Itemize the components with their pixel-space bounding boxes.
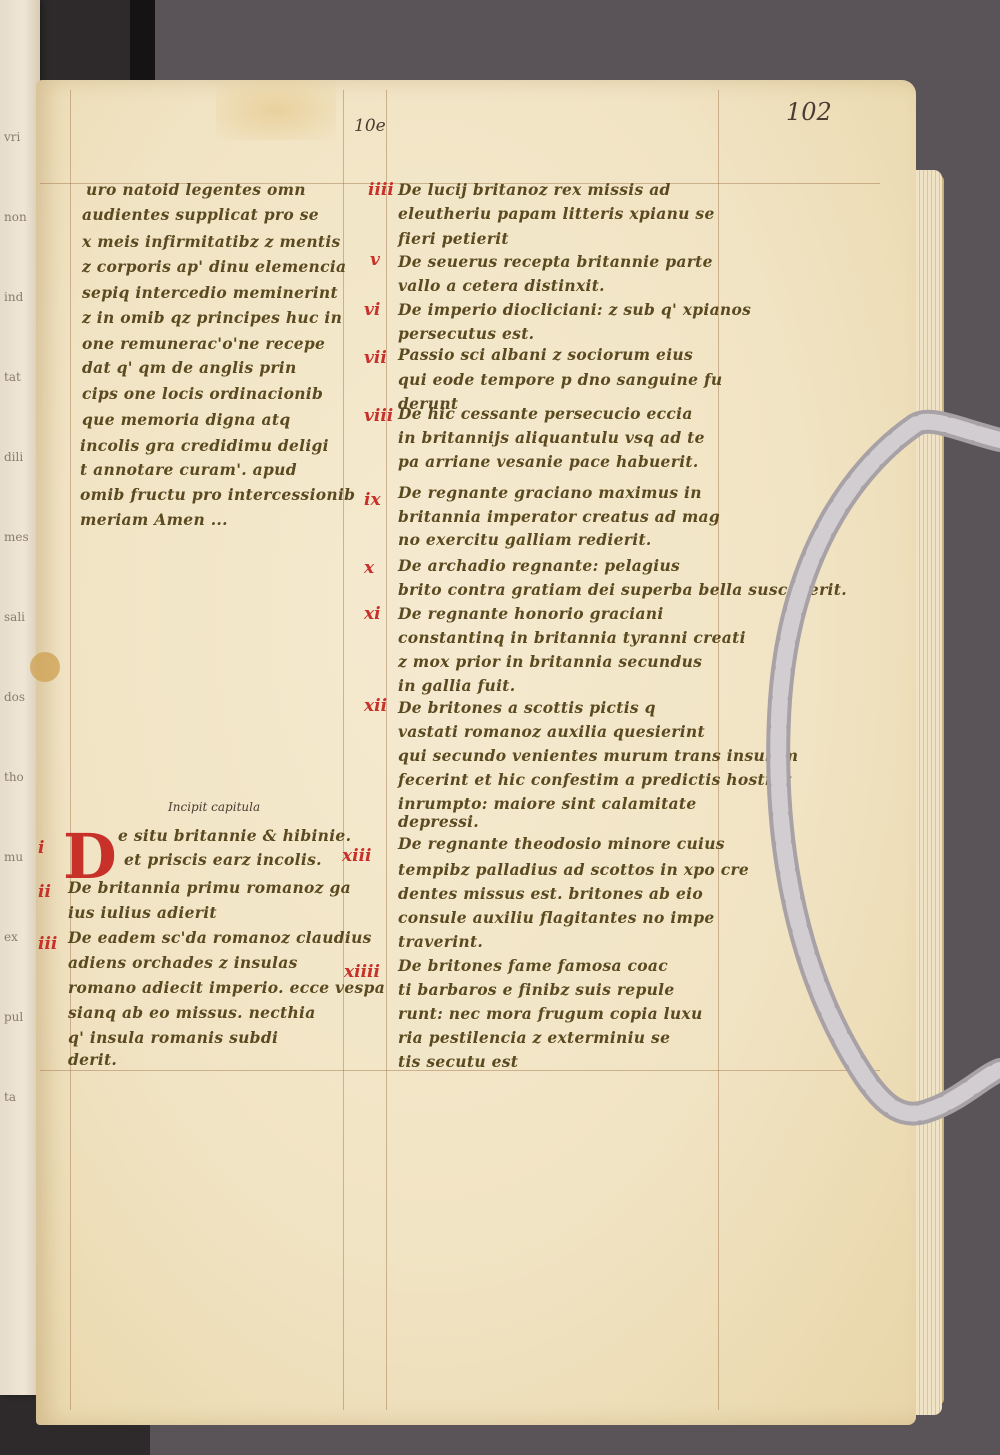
facing-page-fragment: vri — [4, 130, 20, 144]
text-line: depressi. — [398, 812, 479, 831]
text-line: fecerint et hic confestim a predictis ho… — [398, 770, 791, 789]
text-line: Passio sci albani z sociorum eius — [398, 345, 693, 364]
text-line: qui secundo venientes murum trans insula… — [398, 746, 798, 765]
text-line: meriam Amen ... — [80, 510, 228, 529]
old-folio-number: 10e — [354, 116, 386, 136]
text-line: uro natoid legentes omn — [86, 180, 306, 199]
text-line: pa arriane vesanie pace habuerit. — [398, 452, 699, 471]
chapter-number: xiii — [342, 846, 372, 866]
chapter-number: v — [370, 250, 380, 270]
text-line: derit. — [68, 1050, 117, 1069]
text-line: sepiq intercedio meminerint — [82, 283, 338, 302]
text-line: fieri petierit — [398, 229, 509, 248]
text-line: De imperio diocliciani: z sub q' xpianos — [398, 300, 751, 319]
text-line: eleutheriu papam litteris xpianu se — [398, 204, 715, 223]
background-strip — [130, 0, 155, 90]
text-line: z mox prior in britannia secundus — [398, 652, 702, 671]
chapter-number: ii — [38, 882, 51, 902]
text-line: De britones fame famosa coac — [398, 956, 668, 975]
facing-page-fragment: tat — [4, 370, 21, 384]
text-line: qui eode tempore p dno sanguine fu — [398, 370, 722, 389]
text-line: t annotare curam'. apud — [80, 460, 297, 479]
text-line: De eadem sc'da romanoz claudius — [68, 928, 372, 947]
chapter-number: viii — [364, 406, 393, 426]
text-line: romano adiecit imperio. ecce vespa — [68, 978, 385, 997]
text-line: et priscis earz incolis. — [124, 850, 322, 869]
text-line: De britannia primu romanoz ga — [68, 878, 351, 897]
text-line: runt: nec mora frugum copia luxu — [398, 1004, 703, 1023]
facing-page-edge: vri non ind tat dili mes sali dos tho mu… — [0, 0, 40, 1395]
text-line: constantinq in britannia tyranni creati — [398, 628, 746, 647]
facing-page-fragment: dili — [4, 450, 23, 464]
text-line: one remunerac'o'ne recepe — [82, 334, 325, 353]
text-line: incolis gra credidimu deligi — [80, 436, 329, 455]
text-line: dat q' qm de anglis prin — [82, 358, 297, 377]
text-line: tis secutu est — [398, 1052, 518, 1071]
facing-page-fragment: ex — [4, 930, 18, 944]
text-line: in britannijs aliquantulu vsq ad te — [398, 428, 705, 447]
text-line: vallo a cetera distinxit. — [398, 276, 605, 295]
text-line: no exercitu galliam redierit. — [398, 530, 652, 549]
text-line: De lucij britanoz rex missis ad — [398, 180, 671, 199]
text-line: De regnante graciano maximus in — [398, 483, 702, 502]
chapter-number: xiiii — [344, 962, 380, 982]
text-line: e situ britannie & hibinie. — [118, 826, 351, 845]
facing-page-fragment: mes — [4, 530, 29, 544]
text-line: omib fructu pro intercessionib — [80, 485, 355, 504]
text-line: ti barbaros e finibz suis repule — [398, 980, 675, 999]
text-line: z corporis ap' dinu elemencia — [82, 257, 346, 276]
text-line: britannia imperator creatus ad mag — [398, 507, 720, 526]
text-line: vastati romanoz auxilia quesierint — [398, 722, 705, 741]
chapter-number: iiii — [368, 180, 394, 200]
text-line: De archadio regnante: pelagius — [398, 556, 680, 575]
text-line: tempibz palladius ad scottos in xpo cre — [398, 860, 749, 879]
chapter-number: ix — [364, 490, 381, 510]
facing-page-fragment: pul — [4, 1010, 23, 1024]
text-line: ria pestilencia z exterminiu se — [398, 1028, 670, 1047]
facing-page-fragment: ta — [4, 1090, 16, 1104]
water-stain — [216, 80, 336, 140]
chapter-number: xi — [364, 604, 381, 624]
text-line: x meis infirmitatibz z mentis — [82, 232, 341, 251]
ruling-line — [343, 90, 344, 1410]
chapter-number: iii — [38, 934, 57, 954]
facing-page-fragment: tho — [4, 770, 24, 784]
chapter-number: x — [364, 558, 374, 578]
text-line: ius iulius adierit — [68, 903, 217, 922]
chapter-number: i — [38, 838, 44, 858]
text-line: consule auxiliu flagitantes no impe — [398, 908, 715, 927]
wax-stain — [30, 652, 60, 682]
facing-page-fragment: dos — [4, 690, 25, 704]
text-line: De seuerus recepta britannie parte — [398, 252, 713, 271]
text-line: brito contra gratiam dei superba bella s… — [398, 580, 847, 599]
text-line: sianq ab eo missus. necthia — [68, 1003, 316, 1022]
chapter-number: xii — [364, 696, 387, 716]
text-line: adiens orchades z insulas — [68, 953, 298, 972]
text-line: in gallia fuit. — [398, 676, 515, 695]
text-line: De regnante theodosio minore cuius — [398, 834, 725, 853]
text-line: inrumpto: maiore sint calamitate — [398, 794, 697, 813]
text-line: De hic cessante persecucio eccia — [398, 404, 693, 423]
text-line: persecutus est. — [398, 324, 534, 343]
text-line: dentes missus est. britones ab eio — [398, 884, 703, 903]
facing-page-fragment: mu — [4, 850, 23, 864]
chapter-number: vii — [364, 348, 387, 368]
facing-page-fragment: ind — [4, 290, 23, 304]
ruling-line — [70, 90, 71, 1410]
folio-number: 102 — [786, 98, 832, 126]
text-line: De britones a scottis pictis q — [398, 698, 656, 717]
chapter-number: vi — [364, 300, 380, 320]
text-line: traverint. — [398, 932, 483, 951]
marginal-note: Incipit capitula — [168, 800, 260, 814]
text-line: q' insula romanis subdi — [68, 1028, 278, 1047]
text-line: De regnante honorio graciani — [398, 604, 664, 623]
text-line: z in omib qz principes huc in — [82, 308, 342, 327]
ruling-line — [386, 90, 387, 1410]
text-line: audientes supplicat pro se — [82, 205, 319, 224]
facing-page-fragment: non — [4, 210, 27, 224]
text-line: cips one locis ordinacionib — [82, 384, 323, 403]
text-line: que memoria digna atq — [82, 410, 290, 429]
facing-page-fragment: sali — [4, 610, 25, 624]
